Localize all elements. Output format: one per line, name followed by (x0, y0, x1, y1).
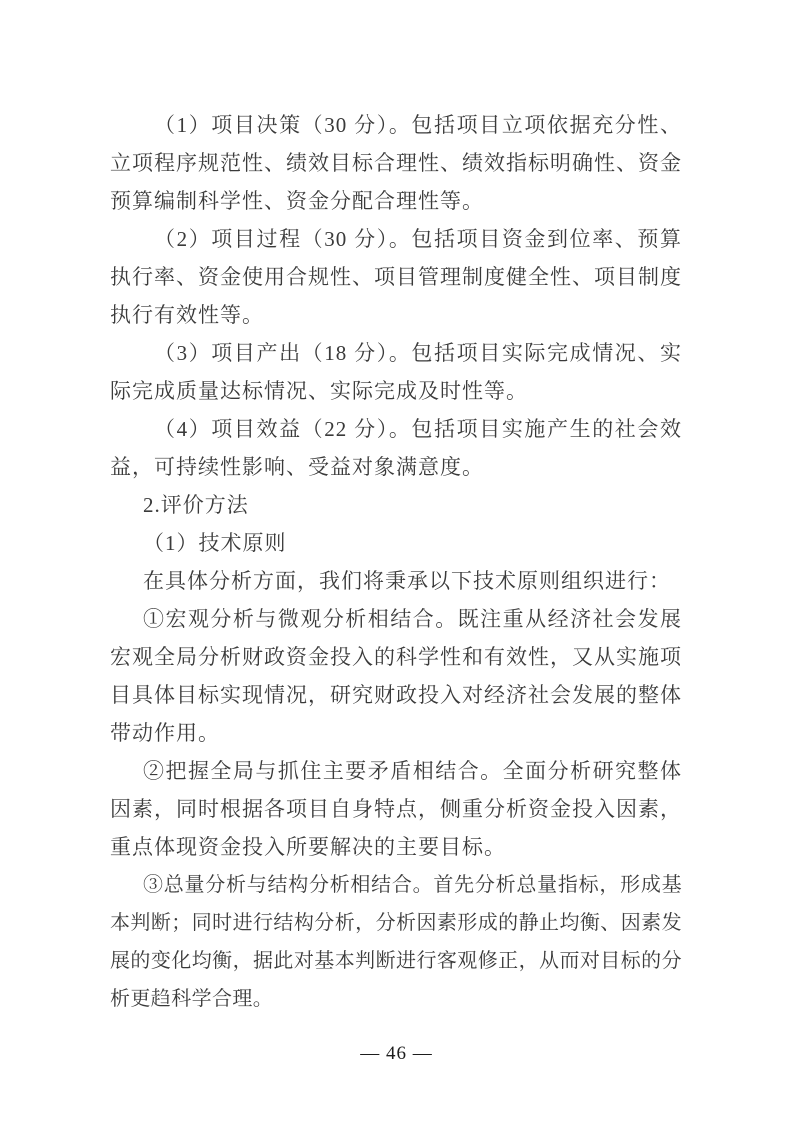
paragraph-project-decision: （1）项目决策（30 分）。包括项目立项依据充分性、立项程序规范性、绩效目标合理… (110, 106, 682, 220)
paragraph-project-output: （3）项目产出（18 分）。包括项目实际完成情况、实际完成质量达标情况、实际完成… (110, 334, 682, 410)
document-body: （1）项目决策（30 分）。包括项目立项依据充分性、立项程序规范性、绩效目标合理… (110, 106, 682, 1018)
document-page: （1）项目决策（30 分）。包括项目立项依据充分性、立项程序规范性、绩效目标合理… (0, 0, 793, 1122)
paragraph-principle-1: ①宏观分析与微观分析相结合。既注重从经济社会发展宏观全局分析财政资金投入的科学性… (110, 600, 682, 752)
paragraph-principle-3: ③总量分析与结构分析相结合。首先分析总量指标，形成基本判断；同时进行结构分析，分… (110, 866, 682, 1018)
heading-evaluation-method: 2.评价方法 (110, 486, 682, 524)
paragraph-project-benefit: （4）项目效益（22 分）。包括项目实施产生的社会效益，可持续性影响、受益对象满… (110, 410, 682, 486)
heading-technical-principles: （1）技术原则 (110, 524, 682, 562)
page-number: — 46 — (360, 1043, 433, 1064)
paragraph-principle-2: ②把握全局与抓住主要矛盾相结合。全面分析研究整体因素，同时根据各项目自身特点，侧… (110, 752, 682, 866)
paragraph-project-process: （2）项目过程（30 分）。包括项目资金到位率、预算执行率、资金使用合规性、项目… (110, 220, 682, 334)
page-footer: — 46 — (0, 1042, 793, 1066)
paragraph-principles-intro: 在具体分析方面，我们将秉承以下技术原则组织进行： (110, 562, 682, 600)
